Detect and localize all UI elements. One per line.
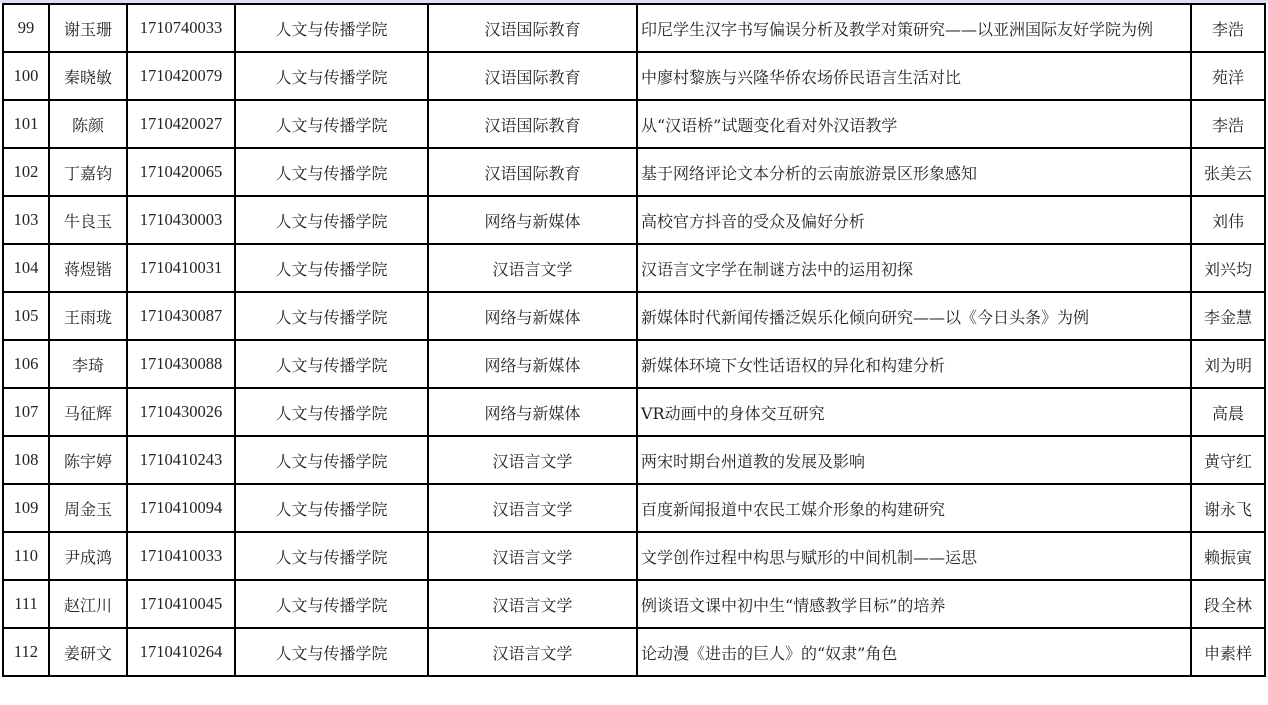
thesis-title-cell: 论动漫《进击的巨人》的“奴隶”角色 bbox=[637, 628, 1191, 676]
table-row: 112姜研文1710410264人文与传播学院汉语言文学论动漫《进击的巨人》的“… bbox=[3, 628, 1265, 676]
advisor-name-cell: 段全林 bbox=[1191, 580, 1265, 628]
thesis-title-cell: 从“汉语桥”试题变化看对外汉语教学 bbox=[637, 100, 1191, 148]
thesis-title-cell: 文学创作过程中构思与赋形的中间机制——运思 bbox=[637, 532, 1191, 580]
student-id-cell: 1710430088 bbox=[127, 340, 235, 388]
row-number-cell: 105 bbox=[3, 292, 49, 340]
table-row: 109周金玉1710410094人文与传播学院汉语言文学百度新闻报道中农民工媒介… bbox=[3, 484, 1265, 532]
college-name-cell: 人文与传播学院 bbox=[235, 292, 428, 340]
major-name-cell: 汉语国际教育 bbox=[428, 4, 637, 52]
row-number-cell: 110 bbox=[3, 532, 49, 580]
major-name-cell: 汉语言文学 bbox=[428, 532, 637, 580]
advisor-name-cell: 黄守红 bbox=[1191, 436, 1265, 484]
thesis-title-cell: 汉语言文字学在制谜方法中的运用初探 bbox=[637, 244, 1191, 292]
major-name-cell: 汉语国际教育 bbox=[428, 148, 637, 196]
table-row: 101陈颜1710420027人文与传播学院汉语国际教育从“汉语桥”试题变化看对… bbox=[3, 100, 1265, 148]
college-name-cell: 人文与传播学院 bbox=[235, 4, 428, 52]
college-name-cell: 人文与传播学院 bbox=[235, 52, 428, 100]
student-id-cell: 1710420065 bbox=[127, 148, 235, 196]
student-id-cell: 1710410031 bbox=[127, 244, 235, 292]
thesis-table: 99谢玉珊1710740033人文与传播学院汉语国际教育印尼学生汉字书写偏误分析… bbox=[2, 3, 1266, 677]
table-row: 107马征辉1710430026人文与传播学院网络与新媒体VR动画中的身体交互研… bbox=[3, 388, 1265, 436]
student-name-cell: 姜研文 bbox=[49, 628, 127, 676]
student-name-cell: 牛良玉 bbox=[49, 196, 127, 244]
major-name-cell: 汉语言文学 bbox=[428, 436, 637, 484]
student-name-cell: 赵江川 bbox=[49, 580, 127, 628]
table-row: 102丁嘉钧1710420065人文与传播学院汉语国际教育基于网络评论文本分析的… bbox=[3, 148, 1265, 196]
college-name-cell: 人文与传播学院 bbox=[235, 196, 428, 244]
row-number-cell: 104 bbox=[3, 244, 49, 292]
advisor-name-cell: 谢永飞 bbox=[1191, 484, 1265, 532]
thesis-title-cell: 基于网络评论文本分析的云南旅游景区形象感知 bbox=[637, 148, 1191, 196]
table-row: 111赵江川1710410045人文与传播学院汉语言文学例谈语文课中初中生“情感… bbox=[3, 580, 1265, 628]
student-name-cell: 秦晓敏 bbox=[49, 52, 127, 100]
row-number-cell: 102 bbox=[3, 148, 49, 196]
college-name-cell: 人文与传播学院 bbox=[235, 100, 428, 148]
table-row: 104蒋煜锴1710410031人文与传播学院汉语言文学汉语言文字学在制谜方法中… bbox=[3, 244, 1265, 292]
major-name-cell: 网络与新媒体 bbox=[428, 340, 637, 388]
table-row: 106李琦1710430088人文与传播学院网络与新媒体新媒体环境下女性话语权的… bbox=[3, 340, 1265, 388]
table-row: 108陈宇婷1710410243人文与传播学院汉语言文学两宋时期台州道教的发展及… bbox=[3, 436, 1265, 484]
student-name-cell: 陈颜 bbox=[49, 100, 127, 148]
college-name-cell: 人文与传播学院 bbox=[235, 580, 428, 628]
major-name-cell: 网络与新媒体 bbox=[428, 196, 637, 244]
student-id-cell: 1710430087 bbox=[127, 292, 235, 340]
major-name-cell: 汉语言文学 bbox=[428, 628, 637, 676]
advisor-name-cell: 刘兴均 bbox=[1191, 244, 1265, 292]
major-name-cell: 汉语国际教育 bbox=[428, 52, 637, 100]
table-row: 110尹成鸿1710410033人文与传播学院汉语言文学文学创作过程中构思与赋形… bbox=[3, 532, 1265, 580]
row-number-cell: 109 bbox=[3, 484, 49, 532]
thesis-title-cell: 例谈语文课中初中生“情感教学目标”的培养 bbox=[637, 580, 1191, 628]
advisor-name-cell: 张美云 bbox=[1191, 148, 1265, 196]
major-name-cell: 网络与新媒体 bbox=[428, 292, 637, 340]
college-name-cell: 人文与传播学院 bbox=[235, 484, 428, 532]
row-number-cell: 100 bbox=[3, 52, 49, 100]
student-id-cell: 1710410243 bbox=[127, 436, 235, 484]
major-name-cell: 汉语言文学 bbox=[428, 580, 637, 628]
advisor-name-cell: 李浩 bbox=[1191, 100, 1265, 148]
advisor-name-cell: 苑洋 bbox=[1191, 52, 1265, 100]
advisor-name-cell: 赖振寅 bbox=[1191, 532, 1265, 580]
major-name-cell: 汉语国际教育 bbox=[428, 100, 637, 148]
student-name-cell: 尹成鸿 bbox=[49, 532, 127, 580]
student-id-cell: 1710420079 bbox=[127, 52, 235, 100]
row-number-cell: 112 bbox=[3, 628, 49, 676]
student-name-cell: 蒋煜锴 bbox=[49, 244, 127, 292]
student-id-cell: 1710430026 bbox=[127, 388, 235, 436]
thesis-title-cell: VR动画中的身体交互研究 bbox=[637, 388, 1191, 436]
thesis-title-cell: 百度新闻报道中农民工媒介形象的构建研究 bbox=[637, 484, 1191, 532]
student-id-cell: 1710410264 bbox=[127, 628, 235, 676]
major-name-cell: 汉语言文学 bbox=[428, 244, 637, 292]
student-name-cell: 周金玉 bbox=[49, 484, 127, 532]
college-name-cell: 人文与传播学院 bbox=[235, 340, 428, 388]
thesis-title-cell: 两宋时期台州道教的发展及影响 bbox=[637, 436, 1191, 484]
student-name-cell: 李琦 bbox=[49, 340, 127, 388]
row-number-cell: 111 bbox=[3, 580, 49, 628]
thesis-title-cell: 新媒体环境下女性话语权的异化和构建分析 bbox=[637, 340, 1191, 388]
advisor-name-cell: 李金慧 bbox=[1191, 292, 1265, 340]
row-number-cell: 108 bbox=[3, 436, 49, 484]
student-name-cell: 王雨珑 bbox=[49, 292, 127, 340]
table-row: 100秦晓敏1710420079人文与传播学院汉语国际教育中廖村黎族与兴隆华侨农… bbox=[3, 52, 1265, 100]
advisor-name-cell: 刘伟 bbox=[1191, 196, 1265, 244]
row-number-cell: 103 bbox=[3, 196, 49, 244]
row-number-cell: 107 bbox=[3, 388, 49, 436]
thesis-title-cell: 中廖村黎族与兴隆华侨农场侨民语言生活对比 bbox=[637, 52, 1191, 100]
student-id-cell: 1710740033 bbox=[127, 4, 235, 52]
student-name-cell: 丁嘉钧 bbox=[49, 148, 127, 196]
student-id-cell: 1710410045 bbox=[127, 580, 235, 628]
college-name-cell: 人文与传播学院 bbox=[235, 532, 428, 580]
student-id-cell: 1710420027 bbox=[127, 100, 235, 148]
college-name-cell: 人文与传播学院 bbox=[235, 436, 428, 484]
college-name-cell: 人文与传播学院 bbox=[235, 388, 428, 436]
major-name-cell: 网络与新媒体 bbox=[428, 388, 637, 436]
student-name-cell: 马征辉 bbox=[49, 388, 127, 436]
table-row: 103牛良玉1710430003人文与传播学院网络与新媒体高校官方抖音的受众及偏… bbox=[3, 196, 1265, 244]
row-number-cell: 101 bbox=[3, 100, 49, 148]
student-id-cell: 1710430003 bbox=[127, 196, 235, 244]
student-id-cell: 1710410033 bbox=[127, 532, 235, 580]
advisor-name-cell: 刘为明 bbox=[1191, 340, 1265, 388]
table-row: 105王雨珑1710430087人文与传播学院网络与新媒体新媒体时代新闻传播泛娱… bbox=[3, 292, 1265, 340]
college-name-cell: 人文与传播学院 bbox=[235, 148, 428, 196]
row-number-cell: 99 bbox=[3, 4, 49, 52]
advisor-name-cell: 李浩 bbox=[1191, 4, 1265, 52]
thesis-title-cell: 印尼学生汉字书写偏误分析及教学对策研究——以亚洲国际友好学院为例 bbox=[637, 4, 1191, 52]
thesis-title-cell: 高校官方抖音的受众及偏好分析 bbox=[637, 196, 1191, 244]
table-body: 99谢玉珊1710740033人文与传播学院汉语国际教育印尼学生汉字书写偏误分析… bbox=[3, 4, 1265, 676]
row-number-cell: 106 bbox=[3, 340, 49, 388]
student-name-cell: 谢玉珊 bbox=[49, 4, 127, 52]
student-id-cell: 1710410094 bbox=[127, 484, 235, 532]
major-name-cell: 汉语言文学 bbox=[428, 484, 637, 532]
college-name-cell: 人文与传播学院 bbox=[235, 244, 428, 292]
advisor-name-cell: 高晨 bbox=[1191, 388, 1265, 436]
thesis-title-cell: 新媒体时代新闻传播泛娱乐化倾向研究——以《今日头条》为例 bbox=[637, 292, 1191, 340]
advisor-name-cell: 申素样 bbox=[1191, 628, 1265, 676]
student-name-cell: 陈宇婷 bbox=[49, 436, 127, 484]
college-name-cell: 人文与传播学院 bbox=[235, 628, 428, 676]
table-row: 99谢玉珊1710740033人文与传播学院汉语国际教育印尼学生汉字书写偏误分析… bbox=[3, 4, 1265, 52]
